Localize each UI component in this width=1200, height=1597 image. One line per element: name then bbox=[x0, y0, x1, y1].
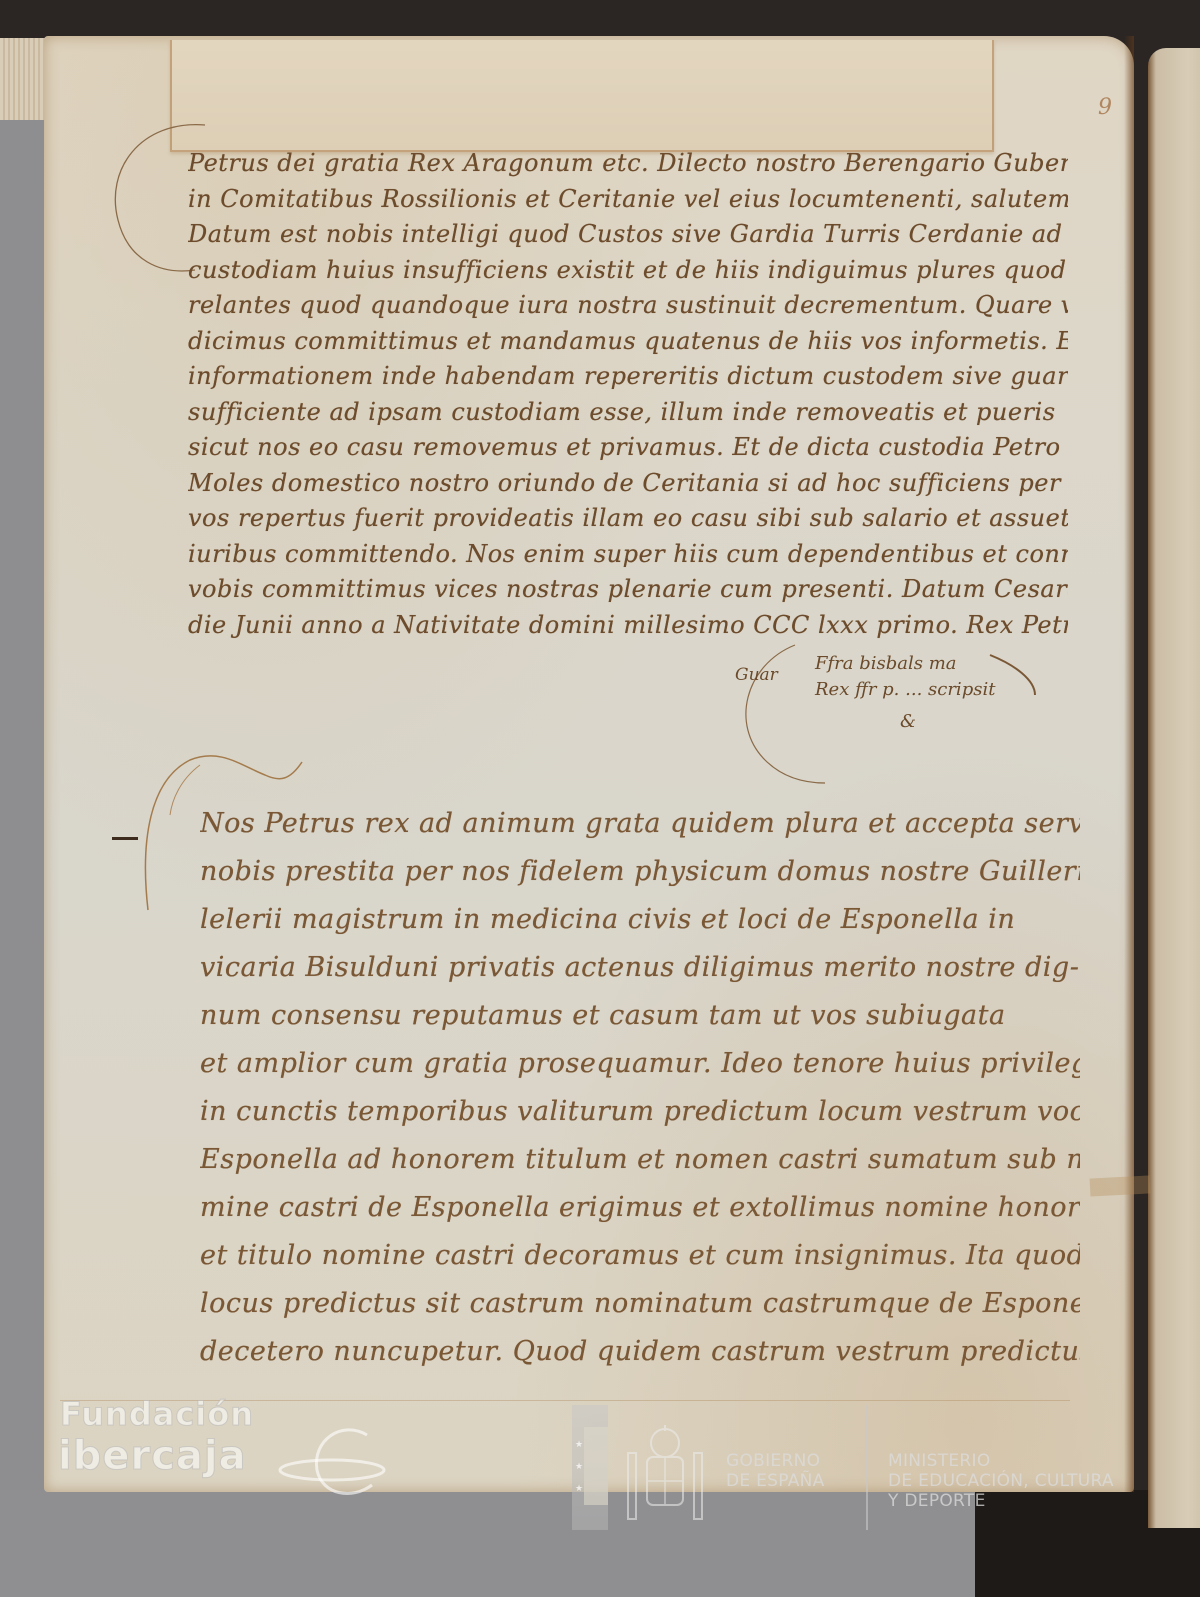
text-line: lelerii magistrum in medicina civis et l… bbox=[200, 896, 1080, 944]
watermark-ibercaja: ibercaja bbox=[58, 1433, 247, 1479]
paper-repair-strip bbox=[1090, 1175, 1151, 1196]
text-line: et amplior cum gratia prosequamur. Ideo … bbox=[200, 1040, 1080, 1088]
watermark-fundacion: Fundación bbox=[60, 1395, 254, 1433]
facing-page-edge bbox=[1148, 48, 1200, 1528]
text-line: decetero nuncupetur. Quod quidem castrum… bbox=[200, 1328, 1080, 1376]
text-line: Moles domestico nostro oriundo de Cerita… bbox=[188, 466, 1068, 502]
star-icon: ★ bbox=[575, 1440, 583, 1450]
signature-line: Ffra bisbals ma bbox=[815, 653, 957, 674]
text-line: vicaria Bisulduni privatis actenus dilig… bbox=[200, 944, 1080, 992]
watermark-ministerio-line: MINISTERIO bbox=[888, 1451, 1114, 1471]
text-block-privilege: Nos Petrus rex ad animum grata quidem pl… bbox=[200, 800, 1080, 1376]
text-line: sicut nos eo casu removemus et privamus.… bbox=[188, 430, 1068, 466]
text-line: mine castri de Esponella erigimus et ext… bbox=[200, 1184, 1080, 1232]
text-block-letter: Petrus dei gratia Rex Aragonum etc. Dile… bbox=[188, 146, 1068, 643]
text-line: Esponella ad honorem titulum et nomen ca… bbox=[200, 1136, 1080, 1184]
folio-number: 9 bbox=[1098, 95, 1112, 120]
text-line: nobis prestita per nos fidelem physicum … bbox=[200, 848, 1080, 896]
text-line: in Comitatibus Rossilionis et Ceritanie … bbox=[188, 182, 1068, 218]
star-icon: ★ bbox=[575, 1484, 583, 1494]
text-line: relantes quod quandoque iura nostra sust… bbox=[188, 288, 1068, 324]
spain-flag-bar-icon: ★ ★ ★ bbox=[572, 1405, 608, 1530]
text-line: sufficiente ad ipsam custodiam esse, ill… bbox=[188, 395, 1068, 431]
signature-line: & bbox=[900, 711, 916, 732]
watermark-gobierno-line: DE ESPAÑA bbox=[726, 1471, 825, 1491]
scanner-background-bottom bbox=[0, 1490, 975, 1597]
signature-block: Guar Ffra bisbals ma Rex ffr p. ... scri… bbox=[735, 635, 1035, 775]
text-line: in cunctis temporibus valiturum predictu… bbox=[200, 1088, 1080, 1136]
watermark-ministerio: MINISTERIO DE EDUCACIÓN, CULTURA Y DEPOR… bbox=[888, 1451, 1114, 1511]
text-line: Datum est nobis intelligi quod Custos si… bbox=[188, 217, 1068, 253]
signature-line: Rex ffr p. ... scripsit bbox=[815, 679, 995, 700]
watermark-gobierno-line: GOBIERNO bbox=[726, 1451, 825, 1471]
text-line: custodiam huius insufficiens existit et … bbox=[188, 253, 1068, 289]
spain-coat-of-arms-icon bbox=[622, 1423, 708, 1528]
signature-prefix: Guar bbox=[735, 665, 778, 685]
watermark-ministerio-line: Y DEPORTE bbox=[888, 1491, 1114, 1511]
text-line: informationem inde habendam repereritis … bbox=[188, 359, 1068, 395]
text-line: Nos Petrus rex ad animum grata quidem pl… bbox=[200, 800, 1080, 848]
star-icon: ★ bbox=[575, 1462, 583, 1472]
text-line: vobis committimus vices nostras plenarie… bbox=[188, 572, 1068, 608]
text-line: iuribus committendo. Nos enim super hiis… bbox=[188, 537, 1068, 573]
paper-repair-patch bbox=[170, 40, 994, 152]
watermark-divider bbox=[866, 1405, 868, 1530]
watermark-ministerio-line: DE EDUCACIÓN, CULTURA bbox=[888, 1471, 1114, 1491]
text-line: vos repertus fuerit provideatis illam eo… bbox=[188, 501, 1068, 537]
margin-dash-mark bbox=[112, 837, 138, 840]
text-line: locus predictus sit castrum nominatum ca… bbox=[200, 1280, 1080, 1328]
watermark-gobierno: GOBIERNO DE ESPAÑA bbox=[726, 1451, 825, 1491]
text-line: et titulo nomine castri decoramus et cum… bbox=[200, 1232, 1080, 1280]
text-line: Petrus dei gratia Rex Aragonum etc. Dile… bbox=[188, 146, 1068, 182]
text-line: num consensu reputamus et casum tam ut v… bbox=[200, 992, 1080, 1040]
text-line: dicimus committimus et mandamus quatenus… bbox=[188, 324, 1068, 360]
